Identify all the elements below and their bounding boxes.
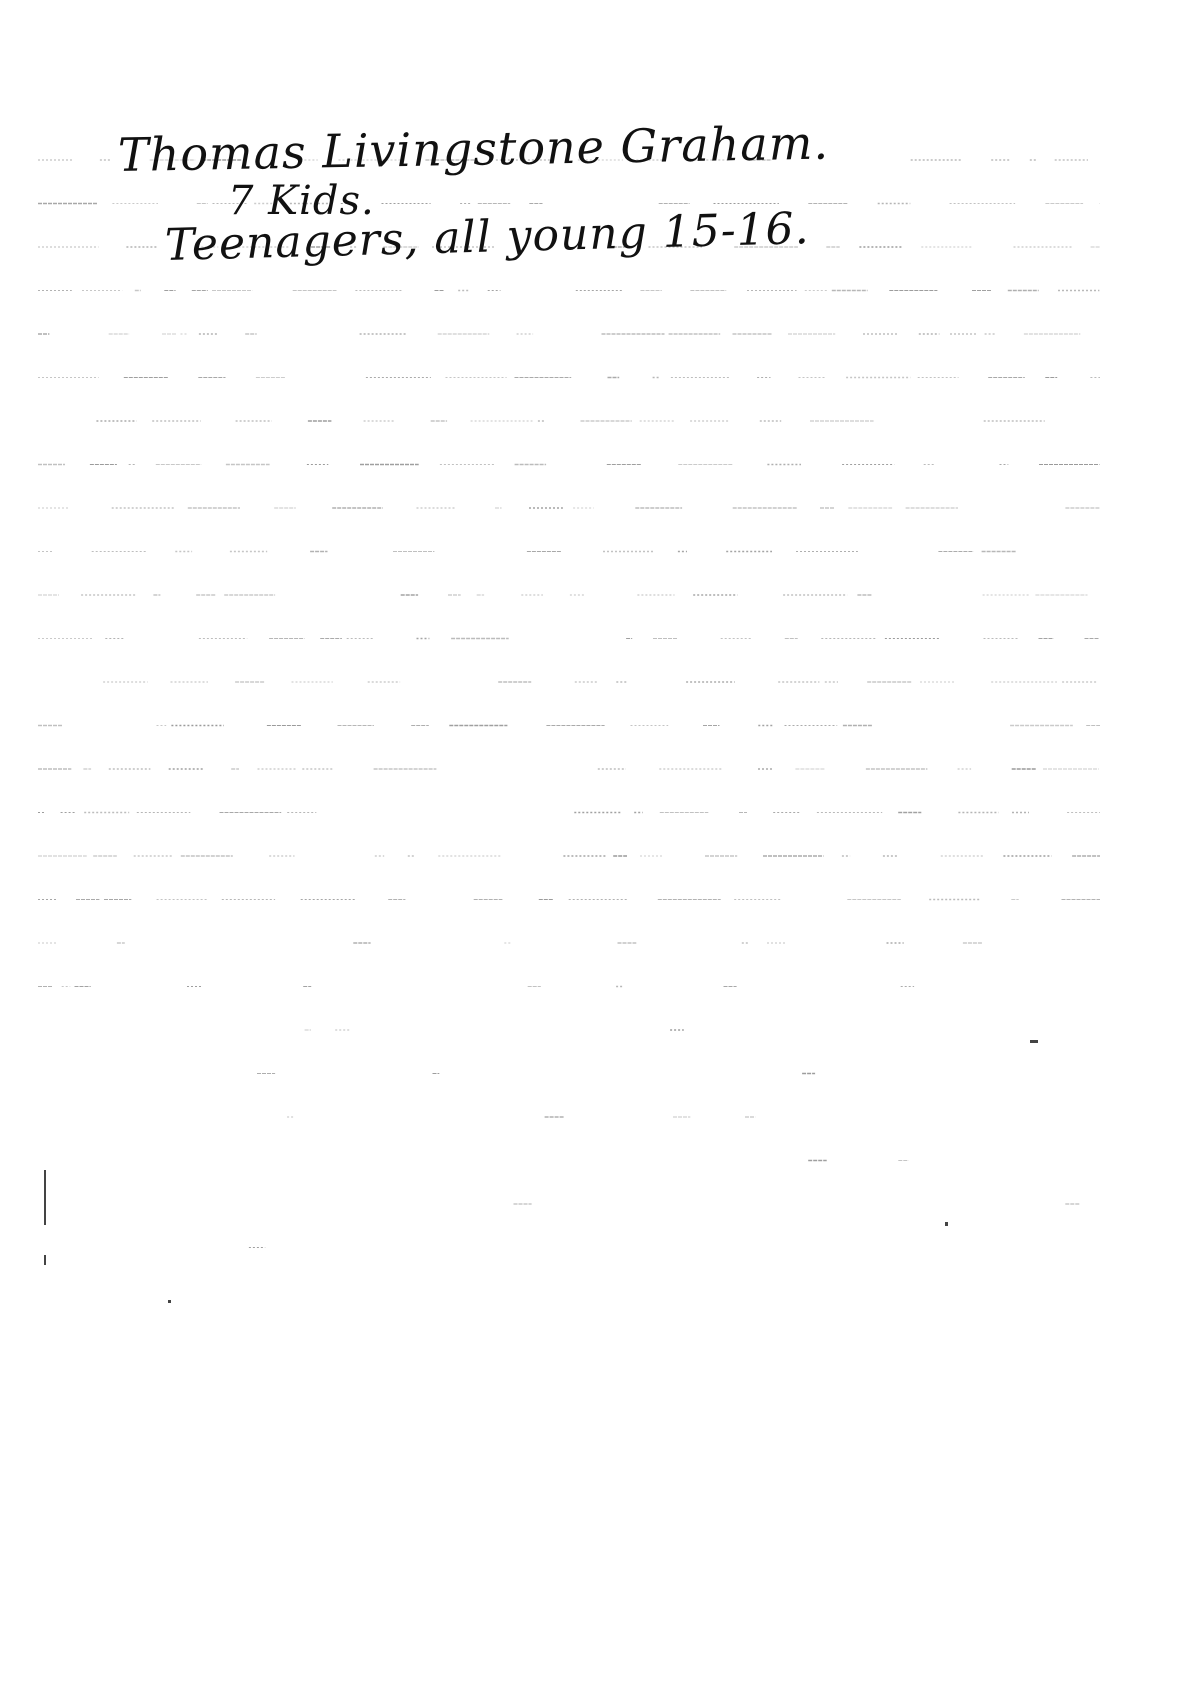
scan-mark (1030, 1040, 1038, 1043)
scan-mark (44, 1170, 46, 1225)
scan-mark (44, 1255, 46, 1265)
scan-mark (168, 1300, 171, 1303)
scanned-page: Thomas Livingstone Graham. 7 Kids. Teena… (0, 0, 1190, 1683)
scan-mark (945, 1222, 948, 1226)
